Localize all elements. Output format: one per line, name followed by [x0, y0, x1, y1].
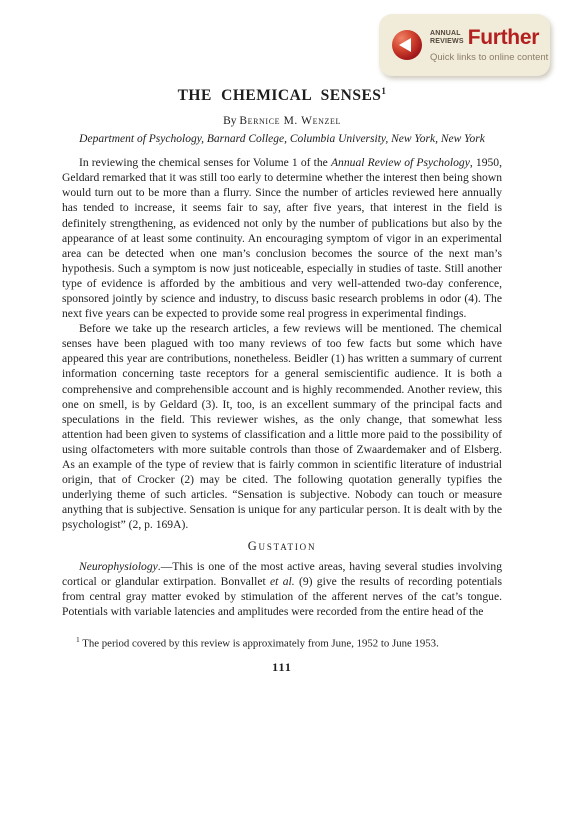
section-heading-gustation: Gustation: [62, 539, 502, 554]
footnote-marker: 1: [76, 635, 80, 644]
italic-text: et al.: [270, 575, 295, 588]
footnote-text: The period covered by this review is app…: [82, 637, 439, 649]
intro-paragraphs: In reviewing the chemical senses for Vol…: [62, 155, 502, 532]
badge-top-row: ANNUAL REVIEWS Further: [430, 27, 548, 48]
paragraph: Before we take up the research articles,…: [62, 321, 502, 532]
annual-reviews-logo-text: ANNUAL REVIEWS: [430, 30, 464, 45]
body-text-run: Before we take up the research articles,…: [62, 322, 502, 531]
further-wordmark: Further: [468, 27, 539, 48]
author-name: Bernice M. Wenzel: [239, 115, 341, 127]
gustation-paragraphs: Neurophysiology.—This is one of the most…: [62, 559, 502, 619]
body-text-run: , 1950, Geldard remarked that it was sti…: [62, 156, 502, 320]
italic-text: Annual Review of Psychology: [331, 156, 470, 169]
article-title-text: THE CHEMICAL SENSES: [178, 87, 382, 104]
title-footnote-marker: 1: [381, 86, 386, 96]
italic-text: Neurophysiology: [79, 560, 158, 573]
byline-prefix: By: [223, 115, 239, 127]
brand-line-1: ANNUAL: [430, 30, 464, 38]
left-arrow-glyph: [399, 38, 411, 52]
brand-line-2: REVIEWS: [430, 38, 464, 46]
footnote: 1 The period covered by this review is a…: [62, 633, 502, 651]
article: THE CHEMICAL SENSES1 By Bernice M. Wenze…: [62, 86, 502, 675]
article-title: THE CHEMICAL SENSES1: [62, 86, 502, 105]
body-text-run: In reviewing the chemical senses for Vol…: [79, 156, 331, 169]
annual-reviews-further-badge[interactable]: ANNUAL REVIEWS Further Quick links to on…: [379, 14, 550, 76]
page-number: 111: [62, 660, 502, 675]
paragraph: In reviewing the chemical senses for Vol…: [62, 155, 502, 321]
badge-tagline: Quick links to online content: [430, 52, 548, 63]
paragraph: Neurophysiology.—This is one of the most…: [62, 559, 502, 619]
further-arrow-icon: [392, 30, 422, 60]
affiliation: Department of Psychology, Barnard Colleg…: [62, 133, 502, 145]
badge-text: ANNUAL REVIEWS Further Quick links to on…: [430, 27, 548, 63]
byline: By Bernice M. Wenzel: [62, 115, 502, 127]
